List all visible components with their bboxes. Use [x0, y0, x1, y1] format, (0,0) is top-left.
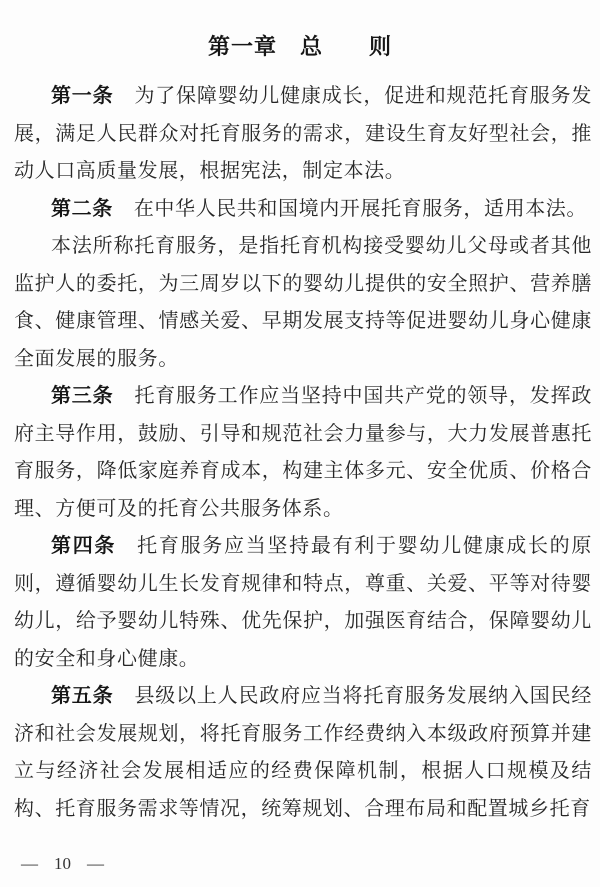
article-2-definition-text: 本法所称托育服务，是指托育机构接受婴幼儿父母或者其他监护人的委托，为三周岁以下的… — [14, 235, 592, 370]
article-2-paragraph: 第二条在中华人民共和国境内开展托育服务，适用本法。 — [14, 191, 592, 229]
footer-dash-left: — — [21, 854, 38, 874]
article-1-paragraph: 第一条为了保障婴幼儿健康成长，促进和规范托育服务发展，满足人民群众对托育服务的需… — [14, 78, 592, 191]
article-3-paragraph: 第三条托育服务工作应当坚持中国共产党的领导，发挥政府主导作用，鼓励、引导和规范社… — [14, 378, 592, 528]
article-1-number-label: 第一条 — [51, 85, 113, 107]
article-2-number-label: 第二条 — [51, 198, 113, 220]
page-footer: — 10 — — [21, 854, 104, 874]
footer-dash-right: — — [87, 854, 104, 874]
article-5-number-label: 第五条 — [51, 685, 113, 707]
article-4-paragraph: 第四条托育服务应当坚持最有利于婴幼儿健康成长的原则，遵循婴幼儿生长发育规律和特点… — [14, 528, 592, 678]
article-5-paragraph: 第五条县级以上人民政府应当将托育服务发展纳入国民经济和社会发展规划，将托育服务工… — [14, 678, 592, 828]
document-body: 第一条为了保障婴幼儿健康成长，促进和规范托育服务发展，满足人民群众对托育服务的需… — [14, 78, 592, 828]
article-3-number-label: 第三条 — [51, 385, 113, 407]
chapter-title: 第一章 总 则 — [0, 30, 600, 61]
document-page: 第一章 总 则 第一条为了保障婴幼儿健康成长，促进和规范托育服务发展，满足人民群… — [0, 0, 600, 887]
article-2-definition-paragraph: 本法所称托育服务，是指托育机构接受婴幼儿父母或者其他监护人的委托，为三周岁以下的… — [14, 228, 592, 378]
article-2-text: 在中华人民共和国境内开展托育服务，适用本法。 — [134, 198, 587, 220]
article-4-number-label: 第四条 — [51, 535, 116, 557]
page-number: 10 — [54, 854, 71, 874]
